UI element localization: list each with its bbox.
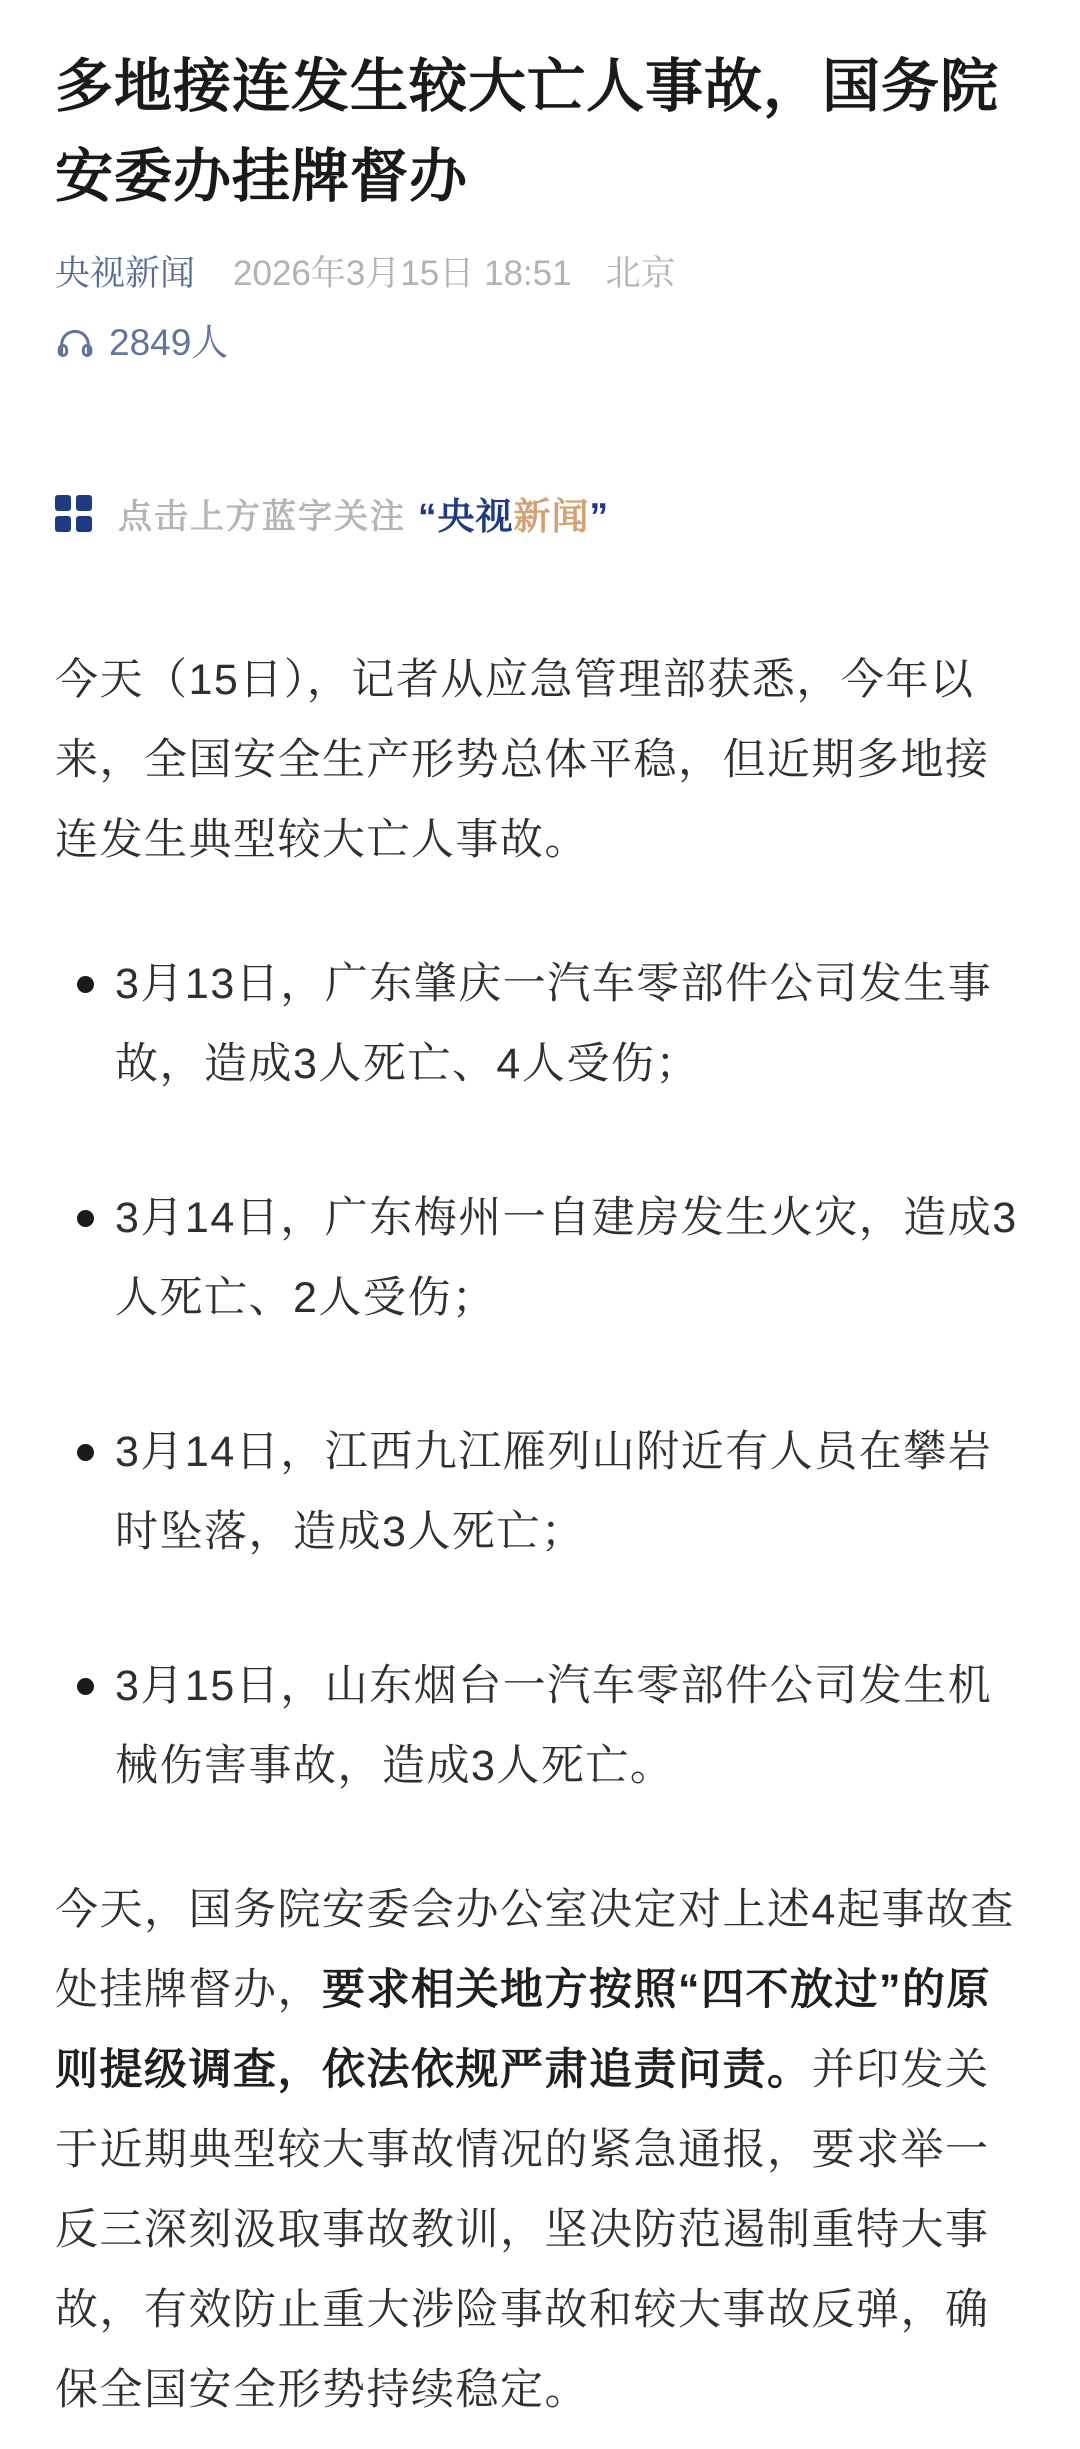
listen-count-row[interactable]: 2849人 — [55, 318, 1025, 368]
incident-text: 3月15日，山东烟台一汽车零部件公司发生机械伤害事故，造成3人死亡。 — [115, 1662, 992, 1790]
closing-normal-2: 并印发关于近期典型较大事故情况的紧急通报，要求举一反三深刻汲取事故教训，坚决防范… — [55, 2046, 990, 2414]
banner-prefix-text: 点击上方蓝字关注 — [118, 489, 406, 538]
banner-close-quote: ” — [590, 496, 610, 537]
banner-brand-name: “央视新闻” — [418, 486, 609, 540]
banner-brand-part2: 新闻 — [514, 496, 590, 537]
list-item: 3月14日，广东梅州一自建房发生火灾，造成3人死亡、2人受伤； — [55, 1178, 1025, 1338]
banner-open-quote: “ — [418, 496, 438, 537]
listen-count: 2849人 — [109, 318, 228, 368]
follow-banner: 点击上方蓝字关注 “央视新闻” — [55, 486, 1025, 540]
incident-text: 3月14日，广东梅州一自建房发生火灾，造成3人死亡、2人受伤； — [115, 1194, 1018, 1322]
article-body: 今天（15日），记者从应急管理部获悉，今年以来，全国安全生产形势总体平稳，但近期… — [55, 640, 1025, 2430]
bullet-icon — [77, 1678, 94, 1695]
source-link[interactable]: 央视新闻 — [55, 252, 195, 296]
list-item: 3月13日，广东肇庆一汽车零部件公司发生事故，造成3人死亡、4人受伤； — [55, 944, 1025, 1104]
publish-datetime: 2026年3月15日 18:51 — [233, 252, 572, 296]
list-item: 3月14日，江西九江雁列山附近有人员在攀岩时坠落，造成3人死亡； — [55, 1412, 1025, 1572]
publish-location: 北京 — [606, 252, 676, 296]
incident-text: 3月14日，江西九江雁列山附近有人员在攀岩时坠落，造成3人死亡； — [115, 1428, 992, 1556]
article-meta: 央视新闻 2026年3月15日 18:51 北京 — [55, 252, 1025, 296]
headphones-icon — [55, 323, 95, 363]
bullet-icon — [77, 976, 94, 993]
bullet-icon — [77, 1444, 94, 1461]
banner-brand-part1: 央视 — [438, 496, 514, 537]
list-item: 3月15日，山东烟台一汽车零部件公司发生机械伤害事故，造成3人死亡。 — [55, 1646, 1025, 1806]
bullet-icon — [77, 1210, 94, 1227]
closing-paragraph: 今天，国务院安委会办公室决定对上述4起事故查处挂牌督办，要求相关地方按照“四不放… — [55, 1870, 1025, 2430]
grid-logo-icon — [55, 495, 92, 532]
article-page: 多地接连发生较大亡人事故，国务院安委办挂牌督办 央视新闻 2026年3月15日 … — [0, 0, 1080, 2449]
incident-text: 3月13日，广东肇庆一汽车零部件公司发生事故，造成3人死亡、4人受伤； — [115, 960, 992, 1088]
lead-paragraph: 今天（15日），记者从应急管理部获悉，今年以来，全国安全生产形势总体平稳，但近期… — [55, 640, 1025, 880]
article-title: 多地接连发生较大亡人事故，国务院安委办挂牌督办 — [55, 42, 1025, 222]
incident-list: 3月13日，广东肇庆一汽车零部件公司发生事故，造成3人死亡、4人受伤； 3月14… — [55, 944, 1025, 1806]
